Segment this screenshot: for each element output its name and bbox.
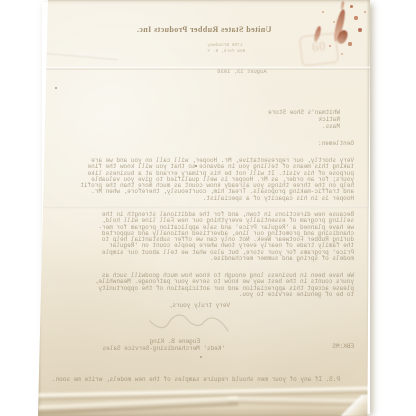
text-line: We have been in business long enough to … xyxy=(54,273,354,279)
text-line: please accept this appreciation and our … xyxy=(54,286,354,292)
text-line: and traffic-making proposals. Treat him,… xyxy=(54,189,354,195)
text-line: the family trade of nearly every town wh… xyxy=(54,243,354,249)
text-line: Hooper is in his capacity of a specialis… xyxy=(54,196,354,202)
text-line: Natick xyxy=(268,116,340,123)
postscript: P.S. If any of your men should require s… xyxy=(52,376,340,383)
signature-title: 'Keds' Merchandising-Service Sales xyxy=(103,345,225,352)
letterhead-company: United States Rubber Products Inc. xyxy=(38,25,370,34)
text-line: we have planned a 'Regular Price' and sa… xyxy=(54,225,354,231)
signature-name: Eugene B. King xyxy=(150,338,200,345)
text-line: selling program of essentially everythin… xyxy=(54,218,354,224)
letterhead-address: 1790 Broadway New York, N. Y. xyxy=(160,43,290,54)
text-line: models of spring and summer merchandise. xyxy=(54,256,354,262)
recipient-address: Whitman's Shoe StoreNatickMass. xyxy=(268,109,340,130)
text-line: Price' programs for your store, but also… xyxy=(54,250,354,256)
text-line: Because new directions in town, and for … xyxy=(54,212,354,218)
body-paragraph-1: Very shortly, our representative, Mr. Ho… xyxy=(54,158,354,202)
text-line: Very shortly, our representative, Mr. Ho… xyxy=(54,158,354,164)
closing: Very truly yours, xyxy=(169,302,230,309)
text-line: Mass. xyxy=(268,123,340,130)
body-paragraph-2: Because new directions in town, and for … xyxy=(54,212,354,262)
signature-script xyxy=(146,312,230,336)
letterhead-address-line2: New York, N. Y. xyxy=(160,49,290,55)
text-line: yours; for an order, as Mr. Hooper is we… xyxy=(54,177,354,183)
scanned-document: 60 United States Rubber Products Inc. 17… xyxy=(0,0,416,416)
text-line: yours counts in the best way we know to … xyxy=(54,279,354,285)
text-line: Whitman's Shoe Store xyxy=(268,109,340,116)
text-line: taking this means of telling you in adva… xyxy=(54,164,354,170)
date-line: August 13, 1936 xyxy=(182,68,302,75)
text-line: during Rubber Footwear Week. Not only ca… xyxy=(54,237,354,243)
body-paragraph-3: We have been in business long enough to … xyxy=(54,273,354,298)
typist-initials: EBK:MS xyxy=(332,343,354,350)
letter-paper: 60 United States Rubber Products Inc. 17… xyxy=(38,0,370,416)
text-line: purpose of his visit. It will not be his… xyxy=(54,171,354,177)
text-line: help on the three things you already kno… xyxy=(54,183,354,189)
text-line: chandising and promoting our line, adver… xyxy=(54,231,354,237)
letterhead-address-line1: 1790 Broadway xyxy=(160,43,290,49)
salutation: Gentlemen: xyxy=(318,140,354,147)
text-line: to be of genuine service to you. xyxy=(54,292,354,298)
mirrored-letter-text: United States Rubber Products Inc. 1790 … xyxy=(38,0,370,416)
